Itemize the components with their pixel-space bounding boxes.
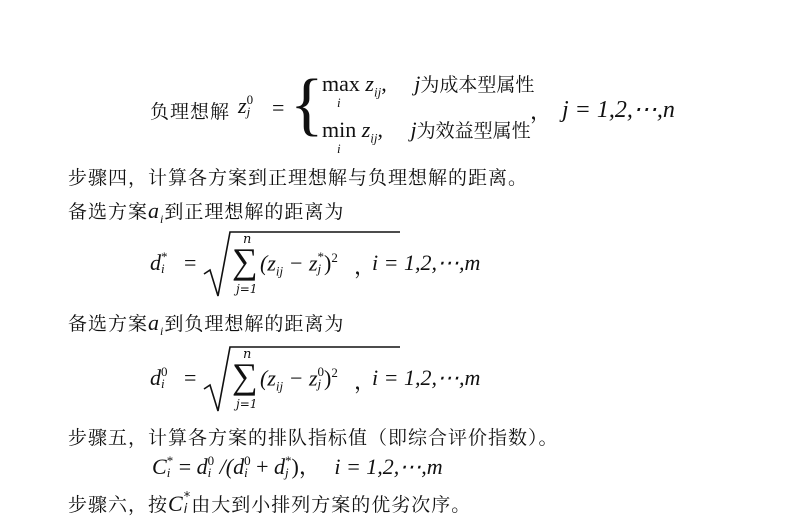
j-range: j = 1,2,⋯,n bbox=[562, 95, 675, 124]
case-min: mini zij, j为效益型属性 bbox=[322, 116, 531, 146]
formula-d-star: d*i = ∑ n j=1 (zij − z*j)2 ， i = 1,2,⋯,m bbox=[150, 228, 510, 300]
neg-ideal-label: 负理想解 bbox=[150, 97, 230, 124]
step4-neg-line: 备选方案ai到负理想解的距离为 bbox=[68, 309, 344, 339]
equals-sign: = bbox=[272, 95, 284, 121]
formula-d-zero: d0i = ∑ n j=1 (zij − z0j)2 ， i = 1,2,⋯,m bbox=[150, 343, 510, 415]
step4-title: 步骤四，计算各方案到正理想解与负理想解的距离。 bbox=[68, 163, 528, 190]
step6-line: 步骤六，按C*i由大到小排列方案的优劣次序。 bbox=[68, 490, 471, 518]
case-max: maxi zij, j为成本型属性 bbox=[322, 70, 534, 100]
formula-comma: ， bbox=[530, 95, 552, 126]
formula-c-star: C*i = d0i /(d0i + d*j)， i = 1,2,⋯,m bbox=[152, 450, 443, 481]
step5-title: 步骤五，计算各方案的排队指标值（即综合评价指数）。 bbox=[68, 423, 559, 450]
left-brace: { bbox=[290, 70, 324, 140]
step4-pos-line: 备选方案ai到正理想解的距离为 bbox=[68, 197, 344, 227]
neg-ideal-lhs: z0j bbox=[238, 93, 253, 120]
neg-ideal-formula: 负理想解 z0j = { maxi zij, j为成本型属性 mini zij,… bbox=[150, 62, 690, 158]
